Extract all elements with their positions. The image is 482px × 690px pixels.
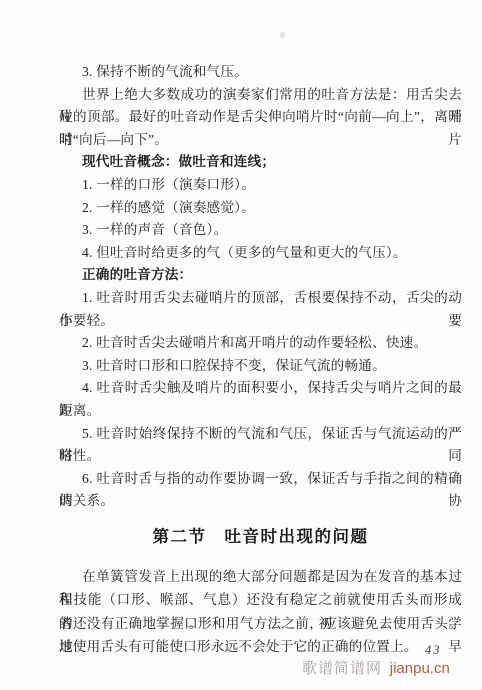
text-line: 在单簧管发音上出现的绝大部分问题都是因为在发音的基本过程 (59, 565, 462, 589)
text-line: 3. 吐音时口形和口腔保持不变，保证气流的畅通。 (59, 355, 462, 378)
text-line: 5. 吐音时始终保持不断的气流和气压，保证舌与气流运动的严格同 (59, 423, 462, 446)
text-line: 地使用舌头有可能使口形永远不会处于它的正确的位置上。 (59, 635, 462, 659)
text-line: 1. 吐音时用舌尖去碰哨片的顶部，舌根要保持不动，舌尖的动作要 (59, 287, 462, 310)
text-line: 6. 吐音时舌与指的动作要协调一致，保证舌与手指之间的精确的协 (59, 468, 462, 491)
text-line: 4. 吐音时舌尖触及哨片的面积要小，保持舌尖与哨片之间的最短 (59, 377, 462, 400)
watermark-site-name: 歌谱简谱网 (302, 661, 382, 677)
text-line: 4. 但吐音时给更多的气（更多的气量和更大的气压）。 (59, 242, 462, 265)
text-line: 3. 保持不断的气流和气压。 (59, 61, 462, 84)
problems-section-paragraph: 在单簧管发音上出现的绝大部分问题都是因为在发音的基本过程和技能（口形、喉部、气息… (59, 565, 462, 659)
text-line: 2. 吐音时舌尖去碰哨片和离开哨片的动作要轻松、快速。 (59, 332, 462, 355)
text-line: 者还没有正确地掌握口形和用气方法之前，应该避免去使用舌头。过早 (59, 612, 462, 636)
text-line: 世界上绝大多数成功的演奏家们常用的吐音方法是：用舌尖去碰哨 (59, 84, 462, 107)
ink-speck (280, 32, 285, 38)
page-text-column: 3. 保持不断的气流和气压。世界上绝大多数成功的演奏家们常用的吐音方法是：用舌尖… (59, 61, 462, 659)
text-line: 3. 一样的声音（音色）。 (59, 219, 462, 242)
page-number: 43 (425, 643, 442, 658)
text-line: 和技能（口形、喉部、气息）还没有稳定之前就使用舌头而形成的。初学 (59, 588, 462, 612)
text-line: 现代吐音概念：做吐音和连线； (59, 151, 462, 174)
text-line: 2. 一样的感觉（演奏感觉）。 (59, 197, 462, 220)
section-heading: 第二节 吐音时出现的问题 (59, 522, 462, 552)
text-line: 正确的吐音方法： (59, 264, 462, 287)
text-line: 1. 一样的口形（演奏口形）。 (59, 174, 462, 197)
watermark-site-url: jianpu.cn (390, 660, 450, 677)
watermark: 歌谱简谱网 jianpu.cn (302, 657, 450, 678)
text-line: 片的顶部。最好的吐音动作是舌尖伸向哨片时“向前—向上”，离开哨片 (59, 106, 462, 129)
tonguing-method-section: 3. 保持不断的气流和气压。世界上绝大多数成功的演奏家们常用的吐音方法是：用舌尖… (59, 61, 462, 513)
text-line: 距离。 (59, 400, 462, 423)
book-page: 3. 保持不断的气流和气压。世界上绝大多数成功的演奏家们常用的吐音方法是：用舌尖… (0, 0, 482, 690)
